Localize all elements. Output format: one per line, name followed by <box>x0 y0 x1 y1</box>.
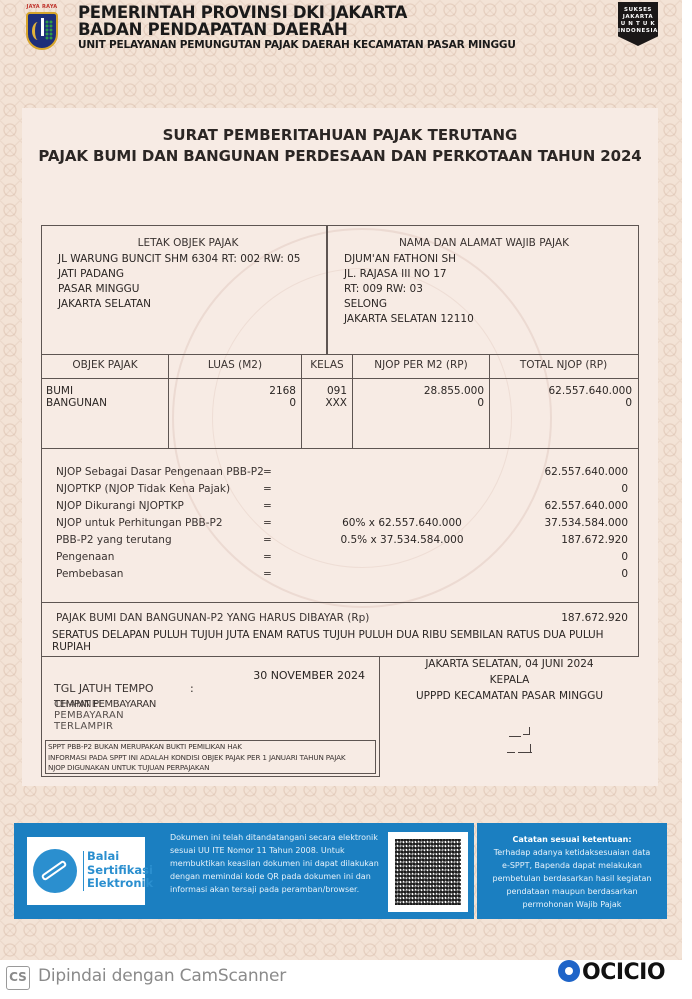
scanner-footer: CS Dipindai dengan CamScanner OCICIO <box>0 960 692 999</box>
calc-eq: = <box>263 483 272 495</box>
bsre-banner: Balai Sertifikasi Elektronik Dokumen ini… <box>14 823 474 919</box>
due-date-section: 30 NOVEMBER 2024 TGL JATUH TEMPO : TEMPA… <box>41 656 380 777</box>
sppt-sheet: SURAT PEMBERITAHUAN PAJAK TERUTANG PAJAK… <box>22 108 658 786</box>
esign-statement: Dokumen ini telah ditandatangani secara … <box>170 831 400 896</box>
calc-value: 0 <box>621 551 628 563</box>
government-name: PEMERINTAH PROVINSI DKI JAKARTA <box>78 4 516 21</box>
calc-label: NJOP untuk Perhitungan PBB-P2 <box>56 517 223 529</box>
object-location-heading: LETAK OBJEK PAJAK <box>58 236 318 251</box>
disclaimer-box: SPPT PBB-P2 BUKAN MERUPAKAN BUKTI PEMILI… <box>45 740 376 774</box>
note-title: Catatan sesuai ketentuan: <box>477 833 667 846</box>
document-subtitle: PAJAK BUMI DAN BANGUNAN PERDESAAN DAN PE… <box>22 147 658 165</box>
ocicio-text: OCICIO <box>582 960 665 985</box>
qr-code-icon <box>395 839 461 905</box>
calc-label: Pengenaan <box>56 551 114 563</box>
calc-label: NJOPTKP (NJOP Tidak Kena Pajak) <box>56 483 230 495</box>
calc-row: NJOP Dikurangi NJOPTKP = 62.557.640.000 <box>42 500 638 516</box>
table-cell: BUMI BANGUNAN <box>46 385 107 409</box>
calc-label: NJOP Sebagai Dasar Pengenaan PBB-P2 <box>56 466 264 478</box>
calc-row: Pembebasan = 0 <box>42 568 638 584</box>
calc-formula: 0.5% x 37.534.584.000 <box>322 534 482 546</box>
badge-line: U N T U K <box>618 21 658 28</box>
bsre-logo-line: Balai <box>87 850 153 864</box>
column-kelas: KELAS 091 XXX <box>302 355 353 448</box>
table-cell: 62.557.640.000 0 <box>549 385 633 409</box>
signature-mark-icon <box>505 724 545 764</box>
bsre-logo-line: Sertifikasi <box>87 864 153 878</box>
tax-calculation: NJOP Sebagai Dasar Pengenaan PBB-P2 = 62… <box>41 448 639 603</box>
calc-row: NJOP untuk Perhitungan PBB-P2 = 60% x 62… <box>42 517 638 533</box>
agency-name: BADAN PENDAPATAN DAERAH <box>78 21 516 38</box>
cell-value: BANGUNAN <box>46 397 107 409</box>
calc-eq: = <box>263 500 272 512</box>
address-section: LETAK OBJEK PAJAK JL WARUNG BUNCIT SHM 6… <box>41 225 639 355</box>
disclaimer-line: SPPT PBB-P2 BUKAN MERUPAKAN BUKTI PEMILI… <box>48 742 373 753</box>
cell-value: 28.855.000 <box>424 385 484 397</box>
object-location-line: JL WARUNG BUNCIT SHM 6304 RT: 002 RW: 05 <box>58 252 318 267</box>
column-header: NJOP PER M2 (RP) <box>353 359 489 371</box>
badge-line: JAKARTA <box>618 14 658 21</box>
column-njop-per-m2: NJOP PER M2 (RP) 28.855.000 0 <box>353 355 490 448</box>
camscanner-icon: CS <box>6 966 30 990</box>
calc-value: 0 <box>621 483 628 495</box>
amount-in-words: SERATUS DELAPAN PULUH TUJUH JUTA ENAM RA… <box>52 629 638 653</box>
calc-eq: = <box>263 534 272 546</box>
taxpayer-heading: NAMA DAN ALAMAT WAJIB PAJAK <box>344 236 624 251</box>
table-cell: 091 XXX <box>325 385 347 409</box>
taxpayer-name: DJUM'AN FATHONI SH <box>344 252 624 267</box>
bsre-logo: Balai Sertifikasi Elektronik <box>27 837 145 905</box>
document-page: JAYA RAYA PEMERINTAH PROVINSI DKI JAKART… <box>0 0 682 960</box>
sign-place-date: JAKARTA SELATAN, 04 JUNI 2024 <box>380 658 639 670</box>
crest-shield <box>26 12 58 50</box>
calc-label: PBB-P2 yang terutang <box>56 534 172 546</box>
calc-value: 0 <box>621 568 628 580</box>
taxpayer-info: NAMA DAN ALAMAT WAJIB PAJAK DJUM'AN FATH… <box>344 236 624 327</box>
badge-line: INDONESIA <box>618 28 658 35</box>
due-date: 30 NOVEMBER 2024 <box>253 669 365 682</box>
calc-label: Pembebasan <box>56 568 123 580</box>
divider <box>326 226 328 354</box>
taxpayer-address-line: SELONG <box>344 297 624 312</box>
calc-value: 37.534.584.000 <box>545 517 629 529</box>
letterhead: JAYA RAYA PEMERINTAH PROVINSI DKI JAKART… <box>0 0 682 58</box>
calc-formula: 60% x 62.557.640.000 <box>322 517 482 529</box>
bsre-logo-text: Balai Sertifikasi Elektronik <box>87 850 153 891</box>
due-date-label: TGL JATUH TEMPO <box>54 682 154 695</box>
column-header: LUAS (M2) <box>169 359 301 371</box>
calc-eq: = <box>263 517 272 529</box>
note-text: Terhadap adanya ketidaksesuaian data e-S… <box>477 846 667 911</box>
cell-value: 2168 <box>269 385 296 397</box>
camscanner-text: Dipindai dengan CamScanner <box>38 966 286 986</box>
disclaimer-line: INFORMASI PADA SPPT INI ADALAH KONDISI O… <box>48 753 373 764</box>
calc-row: PBB-P2 yang terutang = 0.5% x 37.534.584… <box>42 534 638 550</box>
crest-banner: JAYA RAYA <box>24 3 60 11</box>
table-cell: 2168 0 <box>269 385 296 409</box>
object-location-line: JATI PADANG <box>58 267 318 282</box>
calc-value: 187.672.920 <box>561 534 628 546</box>
object-location-line: PASAR MINGGU <box>58 282 318 297</box>
object-location-line: JAKARTA SELATAN <box>58 297 318 312</box>
unit-name: UNIT PELAYANAN PEMUNGUTAN PAJAK DAERAH K… <box>78 38 516 52</box>
calc-row: NJOPTKP (NJOP Tidak Kena Pajak) = 0 <box>42 483 638 499</box>
tax-object-table: OBJEK PAJAK BUMI BANGUNAN LUAS (M2) 2168… <box>41 354 639 449</box>
cell-value: 0 <box>269 397 296 409</box>
column-header: OBJEK PAJAK <box>42 359 168 371</box>
column-objek-pajak: OBJEK PAJAK BUMI BANGUNAN <box>42 355 169 448</box>
column-luas: LUAS (M2) 2168 0 <box>169 355 302 448</box>
object-location: LETAK OBJEK PAJAK JL WARUNG BUNCIT SHM 6… <box>58 236 318 312</box>
cell-value: BUMI <box>46 385 107 397</box>
calc-value: 62.557.640.000 <box>545 466 629 478</box>
cell-value: 0 <box>549 397 633 409</box>
sukses-jakarta-badge-icon: SUKSES JAKARTA U N T U K INDONESIA <box>618 2 658 46</box>
payment-channel-label: CHANNEL PEMBAYARAN TERLAMPIR <box>54 699 156 732</box>
cell-value: 0 <box>424 397 484 409</box>
document-title: SURAT PEMBERITAHUAN PAJAK TERUTANG <box>22 126 658 144</box>
bsre-logo-line: Elektronik <box>87 877 153 891</box>
disclaimer-line: NJOP DIGUNAKAN UNTUK TUJUAN PERPAJAKAN <box>48 763 373 774</box>
cell-value: 091 <box>325 385 347 397</box>
taxpayer-address-line: JAKARTA SELATAN 12110 <box>344 312 624 327</box>
calc-eq: = <box>263 466 272 478</box>
calc-eq: = <box>263 568 272 580</box>
sign-office: UPPPD KECAMATAN PASAR MINGGU <box>380 690 639 702</box>
calc-eq: = <box>263 551 272 563</box>
provisions-note: Catatan sesuai ketentuan: Terhadap adany… <box>477 823 667 919</box>
calc-label: NJOP Dikurangi NJOPTKP <box>56 500 184 512</box>
letterhead-text: PEMERINTAH PROVINSI DKI JAKARTA BADAN PE… <box>78 4 516 52</box>
taxpayer-address-line: RT: 009 RW: 03 <box>344 282 624 297</box>
calc-value: 62.557.640.000 <box>545 500 629 512</box>
amount-due-value: 187.672.920 <box>561 612 628 624</box>
payment-place: TEMPAT PEMBAYARAN CHANNEL PEMBAYARAN TER… <box>54 699 156 710</box>
calc-row: Pengenaan = 0 <box>42 551 638 567</box>
column-total-njop: TOTAL NJOP (RP) 62.557.640.000 0 <box>490 355 637 448</box>
amount-due-label: PAJAK BUMI DAN BANGUNAN-P2 YANG HARUS DI… <box>56 612 369 624</box>
cell-value: XXX <box>325 397 347 409</box>
sign-title: KEPALA <box>380 674 639 686</box>
due-date-colon: : <box>190 682 194 695</box>
table-cell: 28.855.000 0 <box>424 385 484 409</box>
ocicio-circle-icon <box>558 960 580 982</box>
column-header: TOTAL NJOP (RP) <box>490 359 637 371</box>
amount-due-section: PAJAK BUMI DAN BANGUNAN-P2 YANG HARUS DI… <box>41 602 639 657</box>
signature-block: JAKARTA SELATAN, 04 JUNI 2024 KEPALA UPP… <box>380 656 639 777</box>
dki-jakarta-crest-icon: JAYA RAYA <box>20 3 64 51</box>
verification-qr-code[interactable] <box>388 832 468 912</box>
column-header: KELAS <box>302 359 352 371</box>
taxpayer-address-line: JL. RAJASA III NO 17 <box>344 267 624 282</box>
calc-row: NJOP Sebagai Dasar Pengenaan PBB-P2 = 62… <box>42 466 638 482</box>
cell-value: 62.557.640.000 <box>549 385 633 397</box>
badge-line: SUKSES <box>618 7 658 14</box>
ocicio-logo: OCICIO <box>558 960 665 984</box>
